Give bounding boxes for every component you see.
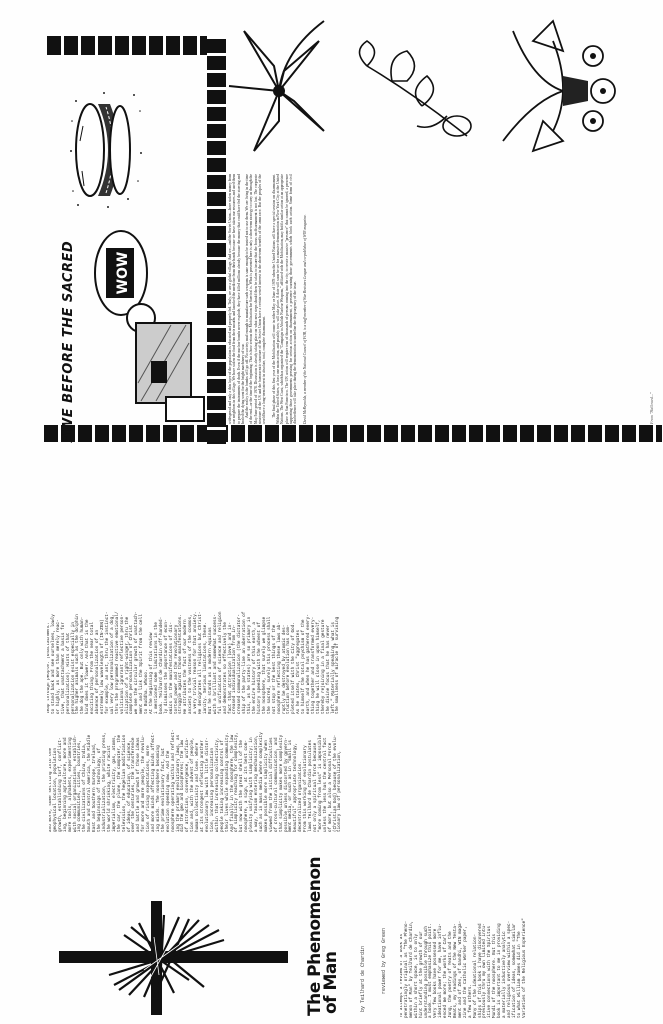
paragraph: And the reality is the bombs will go off… bbox=[245, 174, 266, 424]
column-3: leap through people. (Unattachment: to s… bbox=[47, 446, 660, 714]
reviewer-byline: reviewed by Greg Green bbox=[381, 928, 387, 994]
article-title: The Phenomenon of Man bbox=[307, 857, 339, 1016]
article-body-awe: widespread and only a thin layer of the … bbox=[228, 174, 628, 424]
author-note: David McReynolds, a member of the Nation… bbox=[303, 174, 307, 424]
newsletter-spread: The Phenomenon of Man by Teilhard de Cha… bbox=[0, 0, 663, 1024]
footer-fragment: From "Hallowed..." bbox=[649, 392, 654, 424]
cross-icon bbox=[59, 901, 288, 1015]
lily-icon bbox=[224, 17, 338, 161]
page-divider-bar bbox=[44, 425, 662, 442]
paragraph: The final phase of this first year of th… bbox=[272, 174, 298, 424]
rose-icon bbox=[347, 36, 480, 146]
paragraph: widespread and only a thin layer of the … bbox=[228, 174, 245, 424]
article-title-awe: AWE BEFORE THE SACRED bbox=[61, 241, 76, 442]
book-author: by Teilhard de Chardin bbox=[360, 946, 366, 1012]
title-box-border-right bbox=[47, 36, 226, 55]
column-2: and more, some settling into one geophys… bbox=[49, 717, 662, 832]
scanned-page: Page 12 Page 13 The Phenomenon of Man bbox=[0, 0, 663, 1024]
chef-wow-icon: WOW bbox=[91, 224, 207, 423]
svg-text:WOW: WOW bbox=[115, 252, 131, 295]
hamburger-icon bbox=[68, 89, 144, 211]
bouquet-icon bbox=[493, 17, 622, 161]
column-1: To attempt a review of a book as penetra… bbox=[400, 836, 662, 1018]
